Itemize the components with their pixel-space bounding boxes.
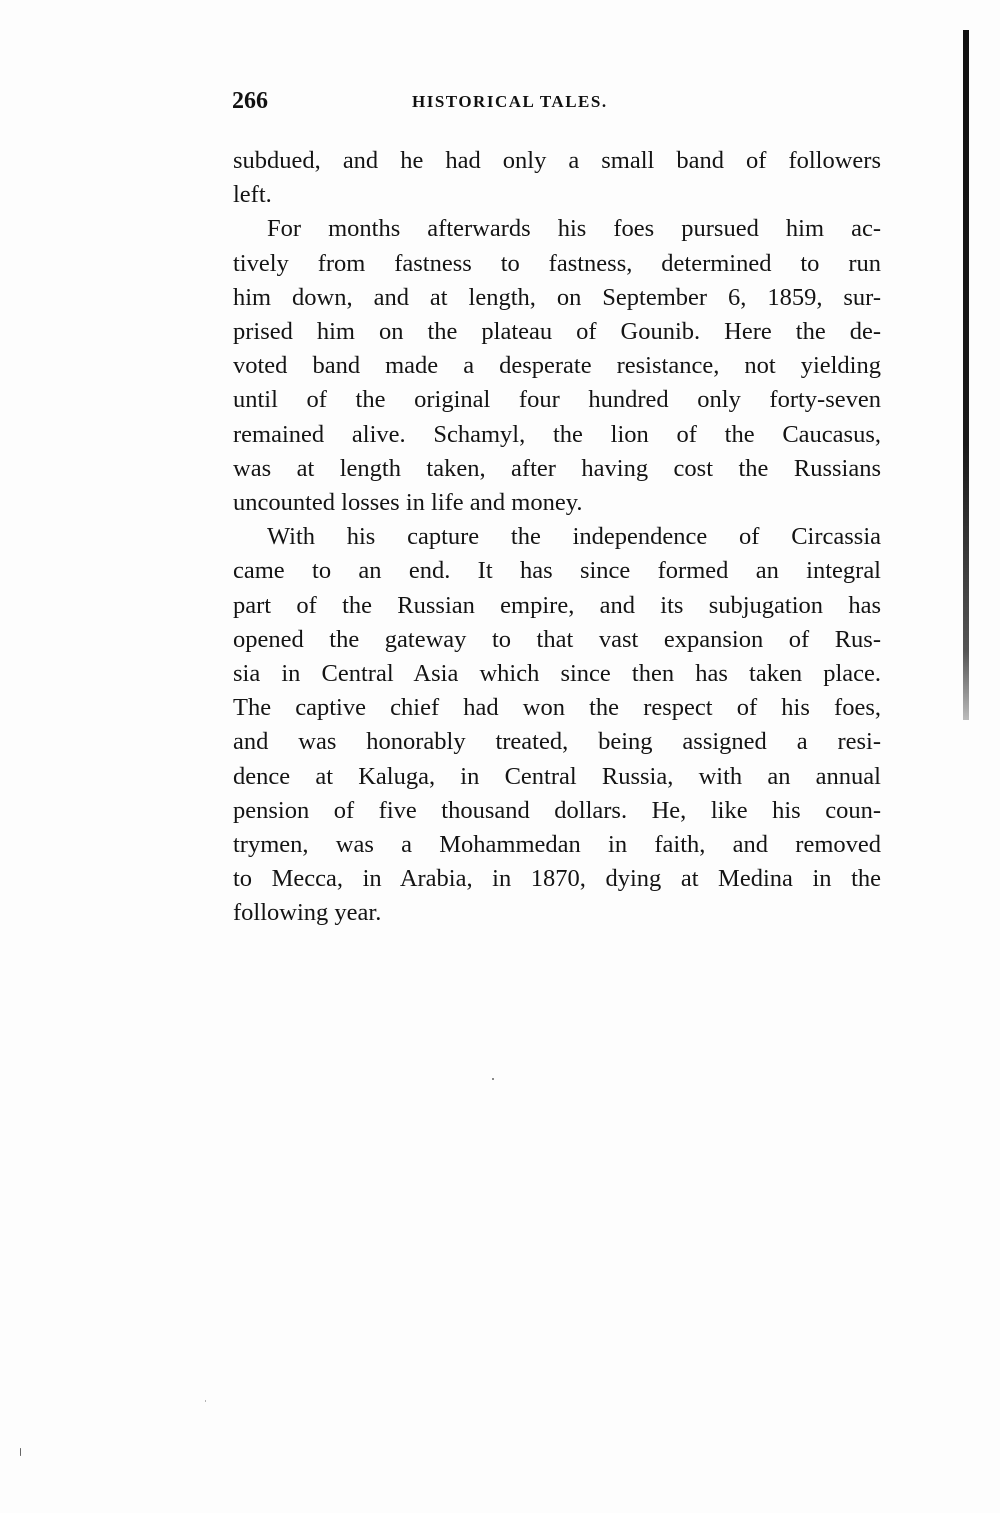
text-line: to Mecca, in Arabia, in 1870, dying at M…	[233, 862, 881, 896]
text-line: pension of five thousand dollars. He, li…	[233, 794, 881, 828]
text-line: following year.	[233, 896, 881, 930]
scan-speck	[492, 1078, 494, 1080]
text-line: uncounted losses in life and money.	[233, 486, 881, 520]
text-line: him down, and at length, on September 6,…	[233, 281, 881, 315]
page-number: 266	[232, 88, 268, 115]
paragraph-1: subdued, and he had only a small band of…	[233, 144, 881, 212]
text-line: For months afterwards his foes pursued h…	[233, 212, 881, 246]
page-edge-shadow	[963, 30, 969, 720]
paragraph-2: For months afterwards his foes pursued h…	[233, 212, 881, 520]
text-line: left.	[233, 178, 881, 212]
text-line: until of the original four hundred only …	[233, 383, 881, 417]
text-line: part of the Russian empire, and its subj…	[233, 589, 881, 623]
text-line: trymen, was a Mohammedan in faith, and r…	[233, 828, 881, 862]
text-line: opened the gateway to that vast expansio…	[233, 623, 881, 657]
text-line: came to an end. It has since formed an i…	[233, 554, 881, 588]
text-line: and was honorably treated, being assigne…	[233, 725, 881, 759]
text-line: subdued, and he had only a small band of…	[233, 144, 881, 178]
paragraph-3: With his capture the independence of Cir…	[233, 520, 881, 930]
text-line: dence at Kaluga, in Central Russia, with…	[233, 760, 881, 794]
scan-speck	[20, 1448, 21, 1456]
body-text: subdued, and he had only a small band of…	[233, 144, 881, 931]
running-title: HISTORICAL TALES.	[412, 92, 608, 112]
text-line: The captive chief had won the respect of…	[233, 691, 881, 725]
page-header: 266 HISTORICAL TALES.	[232, 88, 882, 118]
book-page: 266 HISTORICAL TALES. subdued, and he ha…	[0, 0, 1000, 1513]
text-line: prised him on the plateau of Gounib. Her…	[233, 315, 881, 349]
text-line: With his capture the independence of Cir…	[233, 520, 881, 554]
text-line: was at length taken, after having cost t…	[233, 452, 881, 486]
text-line: tively from fastness to fastness, determ…	[233, 247, 881, 281]
text-line: remained alive. Schamyl, the lion of the…	[233, 418, 881, 452]
text-line: sia in Central Asia which since then has…	[233, 657, 881, 691]
text-line: voted band made a desperate resistance, …	[233, 349, 881, 383]
scan-speck	[205, 1400, 206, 1402]
